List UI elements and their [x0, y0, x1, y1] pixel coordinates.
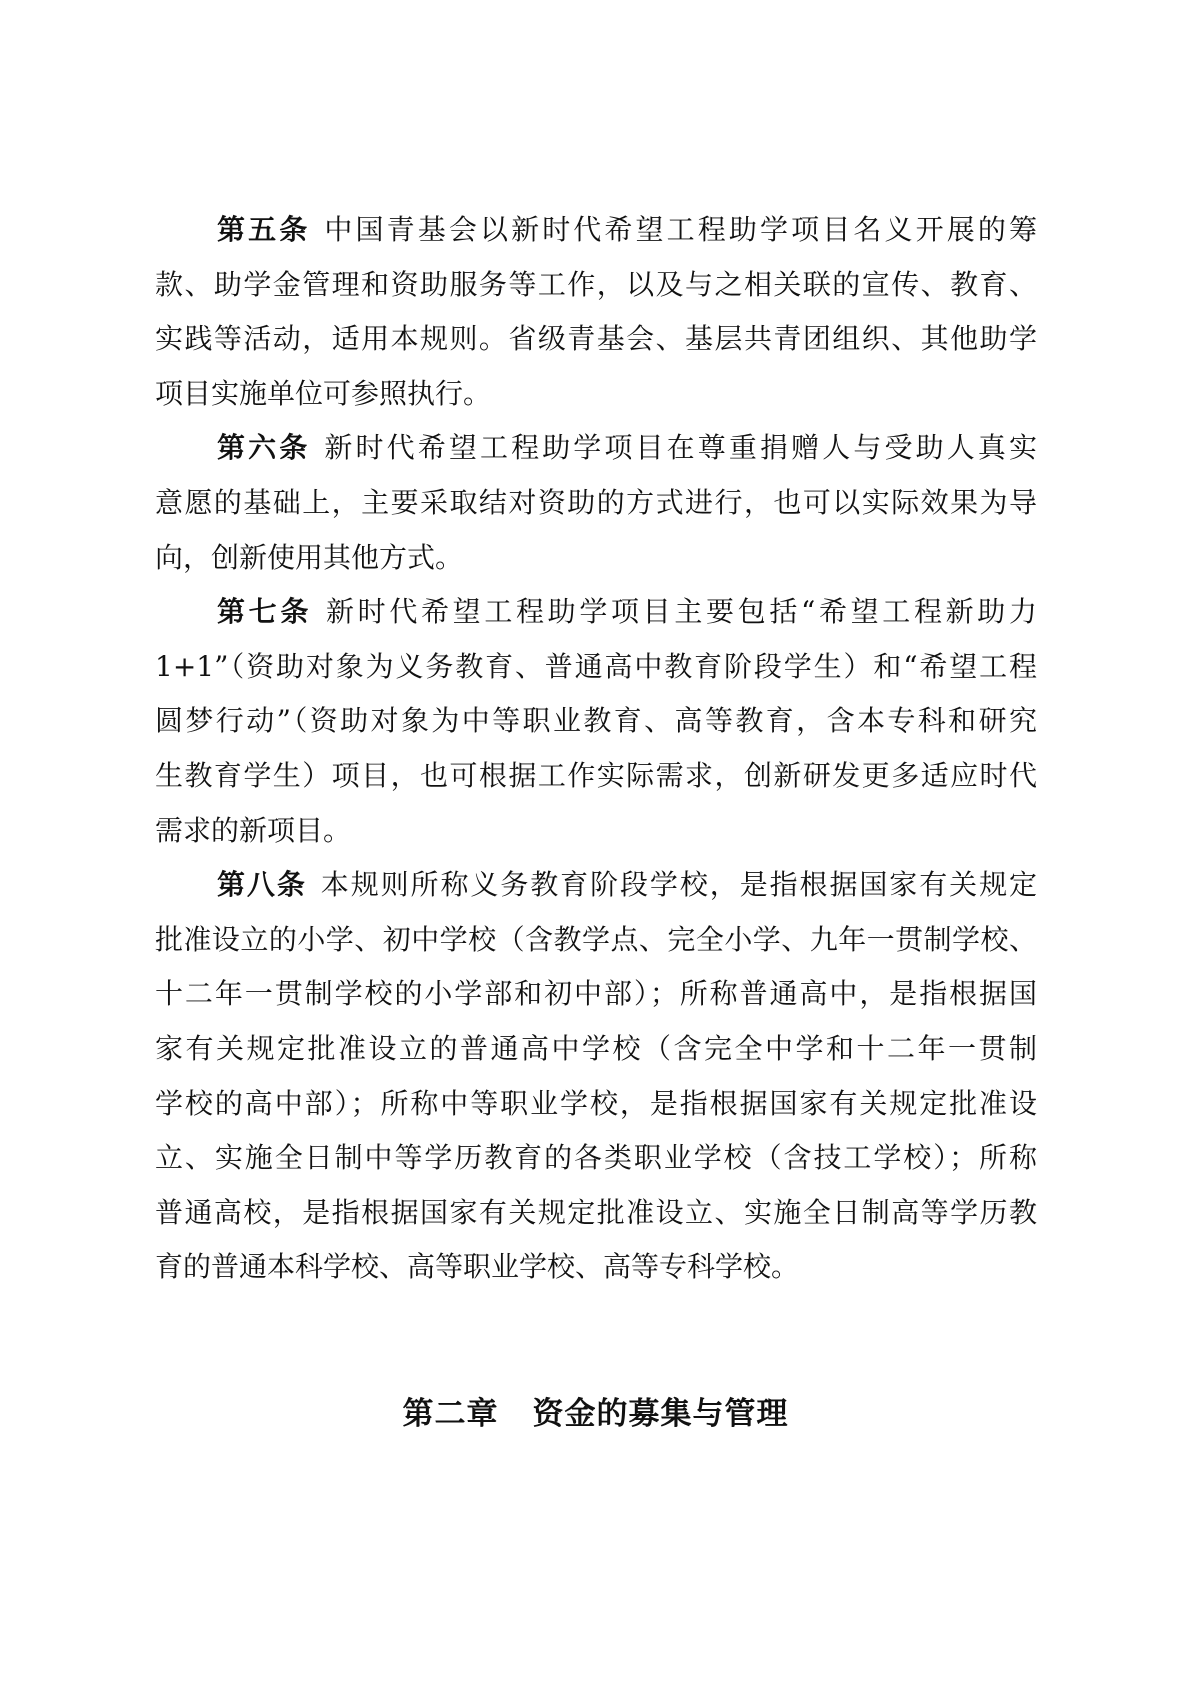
- document-page: 第五条中国青基会以新时代希望工程助学项目名义开展的筹 款、助学金管理和资助服务等…: [0, 0, 1191, 1684]
- paragraph-line: 普通高校，是指根据国家有关规定批准设立、实施全日制高等学历教: [155, 1195, 1037, 1250]
- paragraph-line: 款、助学金管理和资助服务等工作，以及与之相关联的宣传、教育、: [155, 267, 1037, 322]
- article-6: 第六条新时代希望工程助学项目在尊重捐赠人与受助人真实 意愿的基础上，主要采取结对…: [155, 430, 1037, 594]
- article-label: 第六条: [217, 431, 310, 464]
- paragraph-line: 批准设立的小学、初中学校（含教学点、完全小学、九年一贯制学校、: [155, 922, 1037, 977]
- paragraph-line: 家有关规定批准设立的普通高中学校（含完全中学和十二年一贯制: [155, 1031, 1037, 1086]
- paragraph-line: 学校的高中部）；所称中等职业学校，是指根据国家有关规定批准设: [155, 1086, 1037, 1141]
- paragraph-line: 第六条新时代希望工程助学项目在尊重捐赠人与受助人真实: [155, 430, 1037, 485]
- paragraph-line: 需求的新项目。: [155, 813, 1037, 868]
- paragraph-line: 1+1”（资助对象为义务教育、普通高中教育阶段学生）和“希望工程: [155, 649, 1037, 704]
- article-8: 第八条本规则所称义务教育阶段学校，是指根据国家有关规定 批准设立的小学、初中学校…: [155, 867, 1037, 1304]
- paragraph-line: 立、实施全日制中等学历教育的各类职业学校（含技工学校）；所称: [155, 1140, 1037, 1195]
- article-5: 第五条中国青基会以新时代希望工程助学项目名义开展的筹 款、助学金管理和资助服务等…: [155, 212, 1037, 430]
- paragraph-line: 实践等活动，适用本规则。省级青基会、基层共青团组织、其他助学: [155, 321, 1037, 376]
- paragraph-line: 项目实施单位可参照执行。: [155, 376, 1037, 431]
- paragraph-line: 第八条本规则所称义务教育阶段学校，是指根据国家有关规定: [155, 867, 1037, 922]
- chapter-number: 第二章: [403, 1396, 499, 1432]
- article-7: 第七条新时代希望工程助学项目主要包括“希望工程新助力 1+1”（资助对象为义务教…: [155, 594, 1037, 867]
- paragraph-line: 向，创新使用其他方式。: [155, 540, 1037, 595]
- article-label: 第八条: [217, 868, 307, 901]
- document-body: 第五条中国青基会以新时代希望工程助学项目名义开展的筹 款、助学金管理和资助服务等…: [155, 212, 1037, 1304]
- paragraph-line: 第五条中国青基会以新时代希望工程助学项目名义开展的筹: [155, 212, 1037, 267]
- paragraph-line: 意愿的基础上，主要采取结对资助的方式进行，也可以实际效果为导: [155, 485, 1037, 540]
- paragraph-line: 育的普通本科学校、高等职业学校、高等专科学校。: [155, 1249, 1037, 1304]
- paragraph-line: 生教育学生）项目，也可根据工作实际需求，创新研发更多适应时代: [155, 758, 1037, 813]
- paragraph-line: 圆梦行动”（资助对象为中等职业教育、高等教育，含本专科和研究: [155, 703, 1037, 758]
- article-label: 第五条: [217, 213, 310, 246]
- chapter-title: 资金的募集与管理: [533, 1396, 789, 1432]
- article-label: 第七条: [217, 595, 312, 628]
- paragraph-line: 第七条新时代希望工程助学项目主要包括“希望工程新助力: [155, 594, 1037, 649]
- chapter-heading: 第二章资金的募集与管理: [0, 1388, 1191, 1433]
- paragraph-line: 十二年一贯制学校的小学部和初中部）；所称普通高中，是指根据国: [155, 976, 1037, 1031]
